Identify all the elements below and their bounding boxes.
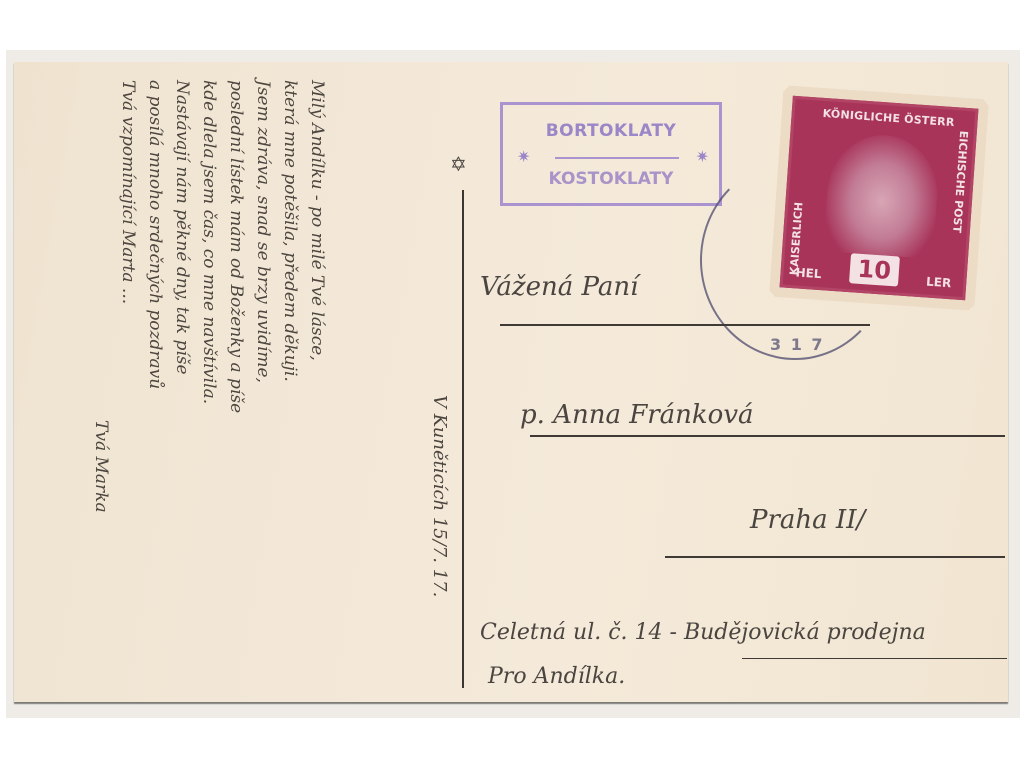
cachet-rule (555, 157, 679, 159)
address-salutation: Vážená Paní (480, 272, 638, 302)
cachet-line-1: BORTOKLATY (503, 121, 719, 141)
cachet-stamp: ✷ BORTOKLATY KOSTOKLATY ✷ (500, 102, 722, 206)
address-line (500, 324, 870, 326)
address-city: Praha II/ (750, 505, 865, 535)
postmark-text: 3 1 7 (770, 335, 825, 354)
stamp-value: 10 (849, 253, 900, 286)
stamp-bottom: HEL 10 LER (795, 249, 953, 290)
stamp-top-text: KÖNIGLICHE ÖSTERR (810, 106, 967, 130)
stamp-right-text: EICHISCHE POST (950, 130, 970, 233)
message-line: Nastávají nám pěkné dny, tak píše (168, 80, 195, 513)
message-line: a posílá mnoho srdečných pozdravů (141, 80, 168, 513)
stamp-currency-left: HEL (795, 265, 822, 281)
crown-icon (823, 132, 941, 259)
address-line (742, 658, 1007, 659)
address-recipient: p. Anna Fránková (520, 400, 754, 430)
handwritten-message: Milý Andílku - po milé Tvé lásce, která … (87, 80, 330, 513)
stamp-currency-right: LER (926, 275, 952, 291)
address-street: Celetná ul. č. 14 - Budějovická prodejna (480, 620, 926, 645)
star-icon: ✷ (517, 147, 530, 166)
address-attention: Pro Andílka. (488, 664, 625, 689)
message-line: poslední lístek mám od Boženky a píše (222, 80, 249, 513)
signature: Tvá Marka (87, 80, 114, 513)
message-line: Milý Andílku - po milé Tvé lásce, (303, 80, 330, 513)
cachet-line-2: KOSTOKLATY (503, 169, 719, 189)
divider-line (462, 190, 464, 688)
star-of-david-icon: ✡ (450, 154, 467, 174)
message-line: která mne potěšila, předem děkuji. (276, 80, 303, 513)
message-line: Jsem zdráva, snad se brzy uvidíme, (249, 80, 276, 513)
place-date: V Kuněticích 15/7. 17. (429, 395, 450, 597)
stamp-face: KÖNIGLICHE ÖSTERR KAISERLICH EICHISCHE P… (780, 96, 979, 301)
address-line (665, 556, 1005, 558)
address-line (530, 435, 1005, 437)
message-line: kde dlela jsem čas, co mne navštívila. (195, 80, 222, 513)
star-icon: ✷ (696, 147, 709, 166)
message-line: Tvá vzpomínající Marta ... (114, 80, 141, 513)
postage-stamp: KÖNIGLICHE ÖSTERR KAISERLICH EICHISCHE P… (769, 85, 989, 311)
